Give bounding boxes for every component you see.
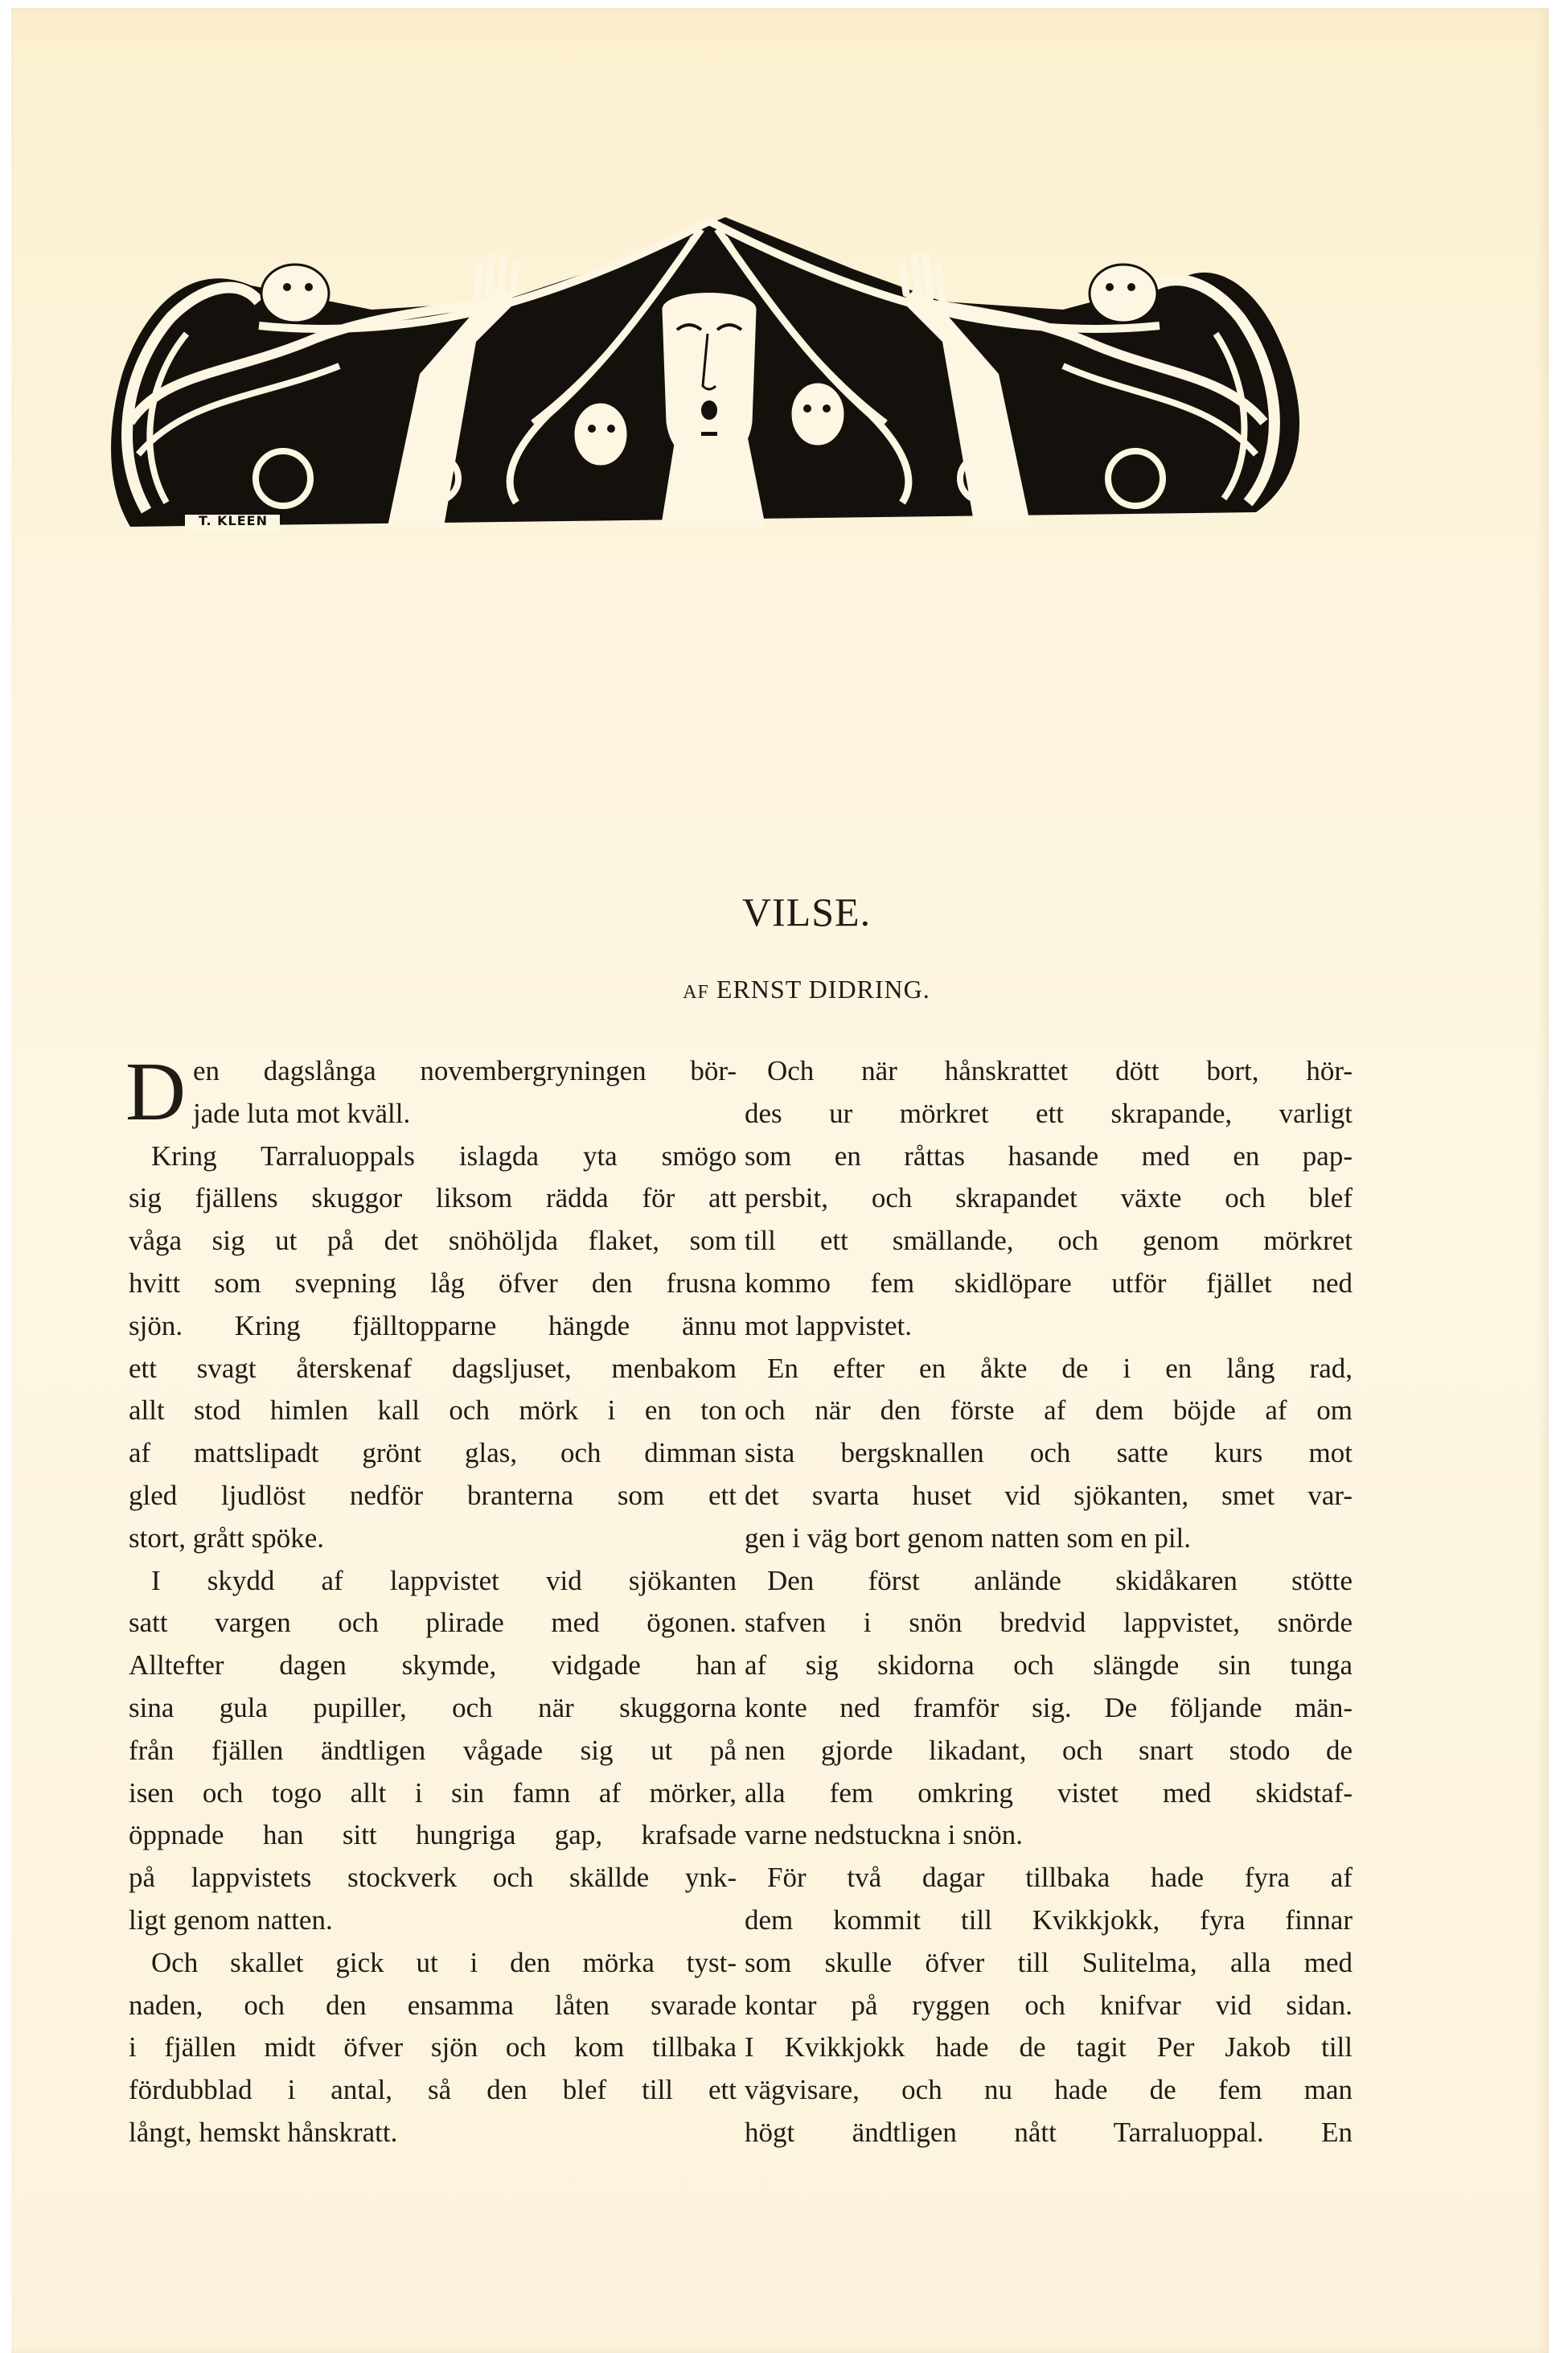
text-line: stort, grått spöke. (129, 1517, 737, 1560)
text-line: alla fem omkring vistet med skidstaf- (745, 1772, 1353, 1815)
text-line: En efter en åkte de i en lång rad, (745, 1348, 1353, 1390)
text-line: gled ljudlöst nedför branterna som ett (129, 1475, 737, 1517)
text-line: varne nedstuckna i snön. (745, 1814, 1353, 1857)
text-line: hvitt som svepning låg öfver den frusna (129, 1263, 737, 1305)
medusa-serpents-icon (98, 213, 1320, 531)
article-title: VILSE. (11, 889, 1568, 935)
text-line: I skydd af lappvistet vid sjökanten (129, 1560, 737, 1603)
text-line: från fjällen ändtligen vågade sig ut på (129, 1730, 737, 1772)
text-line: Den först anlände skidåkaren stötte (745, 1560, 1353, 1603)
text-line: och när den förste af dem böjde af om (745, 1390, 1353, 1432)
right-text-column: Och när hånskrattet dött bort, hör- des … (745, 1050, 1353, 2154)
text-line: naden, och den ensamma låten svarade (129, 1985, 737, 2027)
text-line: på lappvistets stockverk och skällde ynk… (129, 1857, 737, 1899)
book-page: T. KLEEN VILSE. Af ERNST DIDRING. D en d… (11, 8, 1549, 2353)
text-line: gen i väg bort genom natten som en pil. (745, 1517, 1353, 1560)
byline-prefix: Af (683, 982, 709, 1003)
text-line: i fjällen midt öfver sjön och kom tillba… (129, 2027, 737, 2069)
text-line: af mattslipadt grönt glas, och dimman (129, 1432, 737, 1475)
text-line: Och när hånskrattet dött bort, hör- (745, 1050, 1353, 1093)
text-line: våga sig ut på det snöhöljda flaket, som (129, 1220, 737, 1263)
text-line: sjön. Kring fjälltopparne hängde ännu (129, 1305, 737, 1348)
text-line: ligt genom natten. (129, 1899, 737, 1942)
text-line: konte ned framför sig. De följande män- (745, 1687, 1353, 1730)
text-line: högt ändtligen nått Tarraluoppal. En (745, 2112, 1353, 2154)
artist-signature: T. KLEEN (187, 512, 280, 530)
drop-cap: D (125, 1053, 186, 1131)
text-line: fördubblad i antal, så den blef till ett (129, 2069, 737, 2112)
text-line: dem kommit till Kvikkjokk, fyra finnar (745, 1899, 1353, 1942)
left-text-column: D en dagslånga novembergryningen bör- ja… (129, 1050, 737, 2154)
text-line: isen och togo allt i sin famn af mörker, (129, 1772, 737, 1815)
text-line: sig fjällens skuggor liksom rädda för at… (129, 1177, 737, 1220)
text-line: långt, hemskt hånskratt. (129, 2112, 737, 2154)
text-line: nen gjorde likadant, och snart stodo de (745, 1730, 1353, 1772)
text-line: Alltefter dagen skymde, vidgade han (129, 1645, 737, 1687)
text-line: till ett smällande, och genom mörkret (745, 1220, 1353, 1263)
text-line: stafven i snön bredvid lappvistet, snörd… (745, 1602, 1353, 1645)
text-line: jade luta mot kväll. (129, 1093, 737, 1135)
text-line: Kring Tarraluoppals islagda yta smögo (129, 1135, 737, 1178)
text-line: det svarta huset vid sjökanten, smet var… (745, 1475, 1353, 1517)
text-line: Och skallet gick ut i den mörka tyst- (129, 1942, 737, 1985)
text-line: öppnade han sitt hungriga gap, krafsade (129, 1814, 737, 1857)
text-line: som skulle öfver till Sulitelma, alla me… (745, 1942, 1353, 1985)
headpiece-illustration: T. KLEEN (98, 213, 1320, 531)
text-line: mot lappvistet. (745, 1305, 1353, 1348)
text-line: en dagslånga novembergryningen bör- (129, 1050, 737, 1093)
text-line: satt vargen och plirade med ögonen. (129, 1602, 737, 1645)
text-line: I Kvikkjokk hade de tagit Per Jakob till (745, 2027, 1353, 2069)
text-line: vägvisare, och nu hade de fem man (745, 2069, 1353, 2112)
text-line: För två dagar tillbaka hade fyra af (745, 1857, 1353, 1899)
text-line: des ur mörkret ett skrapande, varligt (745, 1093, 1353, 1135)
text-line: som en råttas hasande med en pap- (745, 1135, 1353, 1178)
text-line: ett svagt återskenaf dagsljuset, menbako… (129, 1348, 737, 1390)
text-line: af sig skidorna och slängde sin tunga (745, 1645, 1353, 1687)
text-line: kommo fem skidlöpare utför fjället ned (745, 1263, 1353, 1305)
text-line: sina gula pupiller, och när skuggorna (129, 1687, 737, 1730)
article-byline: Af ERNST DIDRING. (11, 975, 1568, 1004)
text-line: sista bergsknallen och satte kurs mot (745, 1432, 1353, 1475)
byline-author: ERNST DIDRING. (716, 975, 930, 1004)
text-line: persbit, och skrapandet växte och blef (745, 1177, 1353, 1220)
text-line: allt stod himlen kall och mörk i en ton (129, 1390, 737, 1432)
text-line: kontar på ryggen och knifvar vid sidan. (745, 1985, 1353, 2027)
